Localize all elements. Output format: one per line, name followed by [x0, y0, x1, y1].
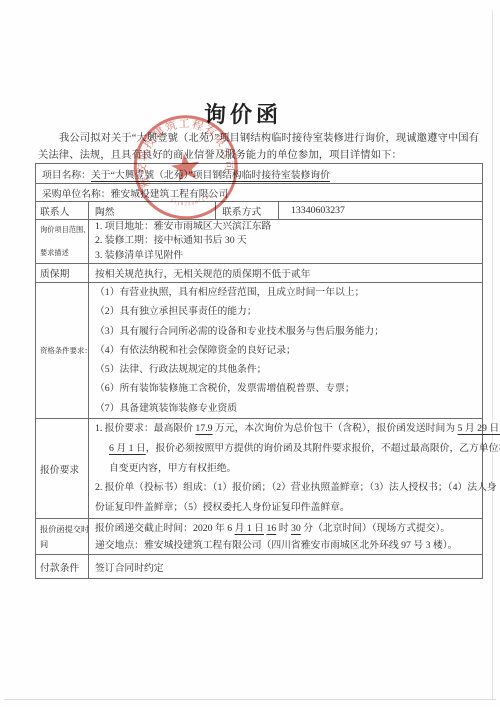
intro-line-2: 关法律、法规，且具有良好的商业信誉及服务能力的单位参加，项目详情如下： [38, 148, 484, 165]
submission-label-line2: 间 [40, 537, 84, 552]
scope-label-line1: 询价项目范围、 [40, 225, 84, 235]
page-title: 询价函 [0, 98, 486, 129]
row-scope: 询价项目范围、 要求描述 1. 项目地址：雅安市雨城区大兴滨江东路 2. 装修工… [36, 219, 482, 263]
scope-item: 2. 装修工期：接中标通知书后 30 天 [95, 234, 476, 248]
scope-item: 3. 装修清单详见附件 [95, 249, 476, 263]
row-submission: 报价函提交时 间 报价函递交截止时间：2020 年 6 月 1 日 16 时 3… [36, 518, 482, 554]
row-quotation: 报价要求 1. 报价要求：最高限价 17.9 万元，本次询价为总价包干（含税），… [36, 418, 482, 518]
warranty-text: 按相关规范执行，无相关规范的质保期不低于贰年 [95, 266, 476, 280]
payment-label: 付款条件 [40, 560, 84, 574]
row-contact: 联系人 陶然 联系方式 13340603237 [36, 201, 482, 219]
intro-paragraph: 我公司拟对关于“大興壹號（北苑）”项目钢结构临时接待室装修进行询价，现诚邀遵守中… [38, 131, 484, 164]
row-qualification: 资格条件要求： （1）有营业执照，具有相应经营范围，且成立时间一年以上； （2）… [36, 282, 482, 418]
intro-line-1: 我公司拟对关于“大興壹號（北苑）”项目钢结构临时接待室装修进行询价，现诚邀遵守中… [38, 131, 484, 148]
scope-item: 1. 项目地址：雅安市雨城区大兴滨江东路 [95, 220, 476, 234]
row-payment: 付款条件 签订合同时约定 [36, 554, 482, 578]
qualification-item: （4）有依法纳税和社会保障资金的良好记录； [95, 341, 476, 360]
payment-text: 签订合同时约定 [95, 560, 476, 574]
row-warranty: 质保期 按相关规范执行，无相关规范的质保期不低于贰年 [36, 263, 482, 282]
submission-deadline: 报价函递交截止时间：2020 年 6 月 1 日 16 时 30 分（北京时间）… [95, 520, 476, 537]
qualification-item: （6）所有装饰装修施工含税价，发票需增值税普票、专票； [95, 379, 476, 398]
contact-name: 陶然 [95, 204, 209, 218]
page-edge-shadow-right [492, 10, 493, 699]
scope-label-line2: 要求描述 [40, 248, 84, 258]
warranty-label: 质保期 [40, 266, 84, 280]
qualification-item: （3）具有履行合同所必需的设备和专业技术服务与售后服务能力； [95, 322, 476, 341]
qualification-item: （1）有营业执照，具有相应经营范围，且成立时间一年以上； [95, 283, 476, 302]
qualification-item: （2）具有独立承担民事责任的能力； [95, 302, 476, 321]
row-project-name: 项目名称：关于“大興壹號（北苑）”项目钢结构临时接待室装修询价 [36, 164, 482, 183]
page-edge-shadow-bottom [4, 699, 496, 700]
contact-phone: 13340603237 [291, 205, 476, 216]
purchaser-text: 采购单位名称：雅安城投建筑工程有限公司 [42, 186, 476, 200]
submission-address: 递交地点：雅安城投建筑工程有限公司（四川省雅安市雨城区北外环线 97 号 3 楼… [95, 537, 476, 554]
inquiry-table: 项目名称：关于“大興壹號（北苑）”项目钢结构临时接待室装修询价 采购单位名称：雅… [35, 163, 483, 579]
project-name-text: 项目名称：关于“大興壹號（北苑）”项目钢结构临时接待室装修询价 [42, 167, 476, 181]
quotation-label: 报价要求 [40, 462, 84, 476]
contact-label: 联系人 [40, 204, 84, 218]
contact-method-label: 联系方式 [222, 204, 272, 218]
submission-label-line1: 报价函提交时 [40, 522, 84, 537]
qualification-item: （7）具备建筑装饰装修专业资质 [95, 399, 476, 418]
quotation-line: 6 月 1 日，报价必须按照甲方提供的询价函及其附件要求报价，不超过最高限价，乙… [109, 439, 500, 459]
quotation-line: 自变更内容，甲方有权拒绝。 [109, 459, 500, 479]
quotation-line: 1. 报价要求：最高限价 17.9 万元，本次询价为总价包干（含税），报价函发送… [95, 419, 500, 439]
qualification-label: 资格条件要求： [40, 345, 84, 356]
quotation-line: 2. 报价单（投标书）组成：（1）报价函；（2）营业执照盖鲜章；（3）法人授权书… [95, 478, 500, 498]
quotation-line: 份证复印件盖鲜章；（5）授权委托人身份证复印件盖鲜章。 [95, 498, 500, 518]
qualification-item: （5）法律、行政法规规定的其他条件； [95, 360, 476, 379]
row-purchaser: 采购单位名称：雅安城投建筑工程有限公司 [36, 183, 482, 201]
document-page: 询价函 我公司拟对关于“大興壹號（北苑）”项目钢结构临时接待室装修进行询价，现诚… [0, 0, 500, 707]
